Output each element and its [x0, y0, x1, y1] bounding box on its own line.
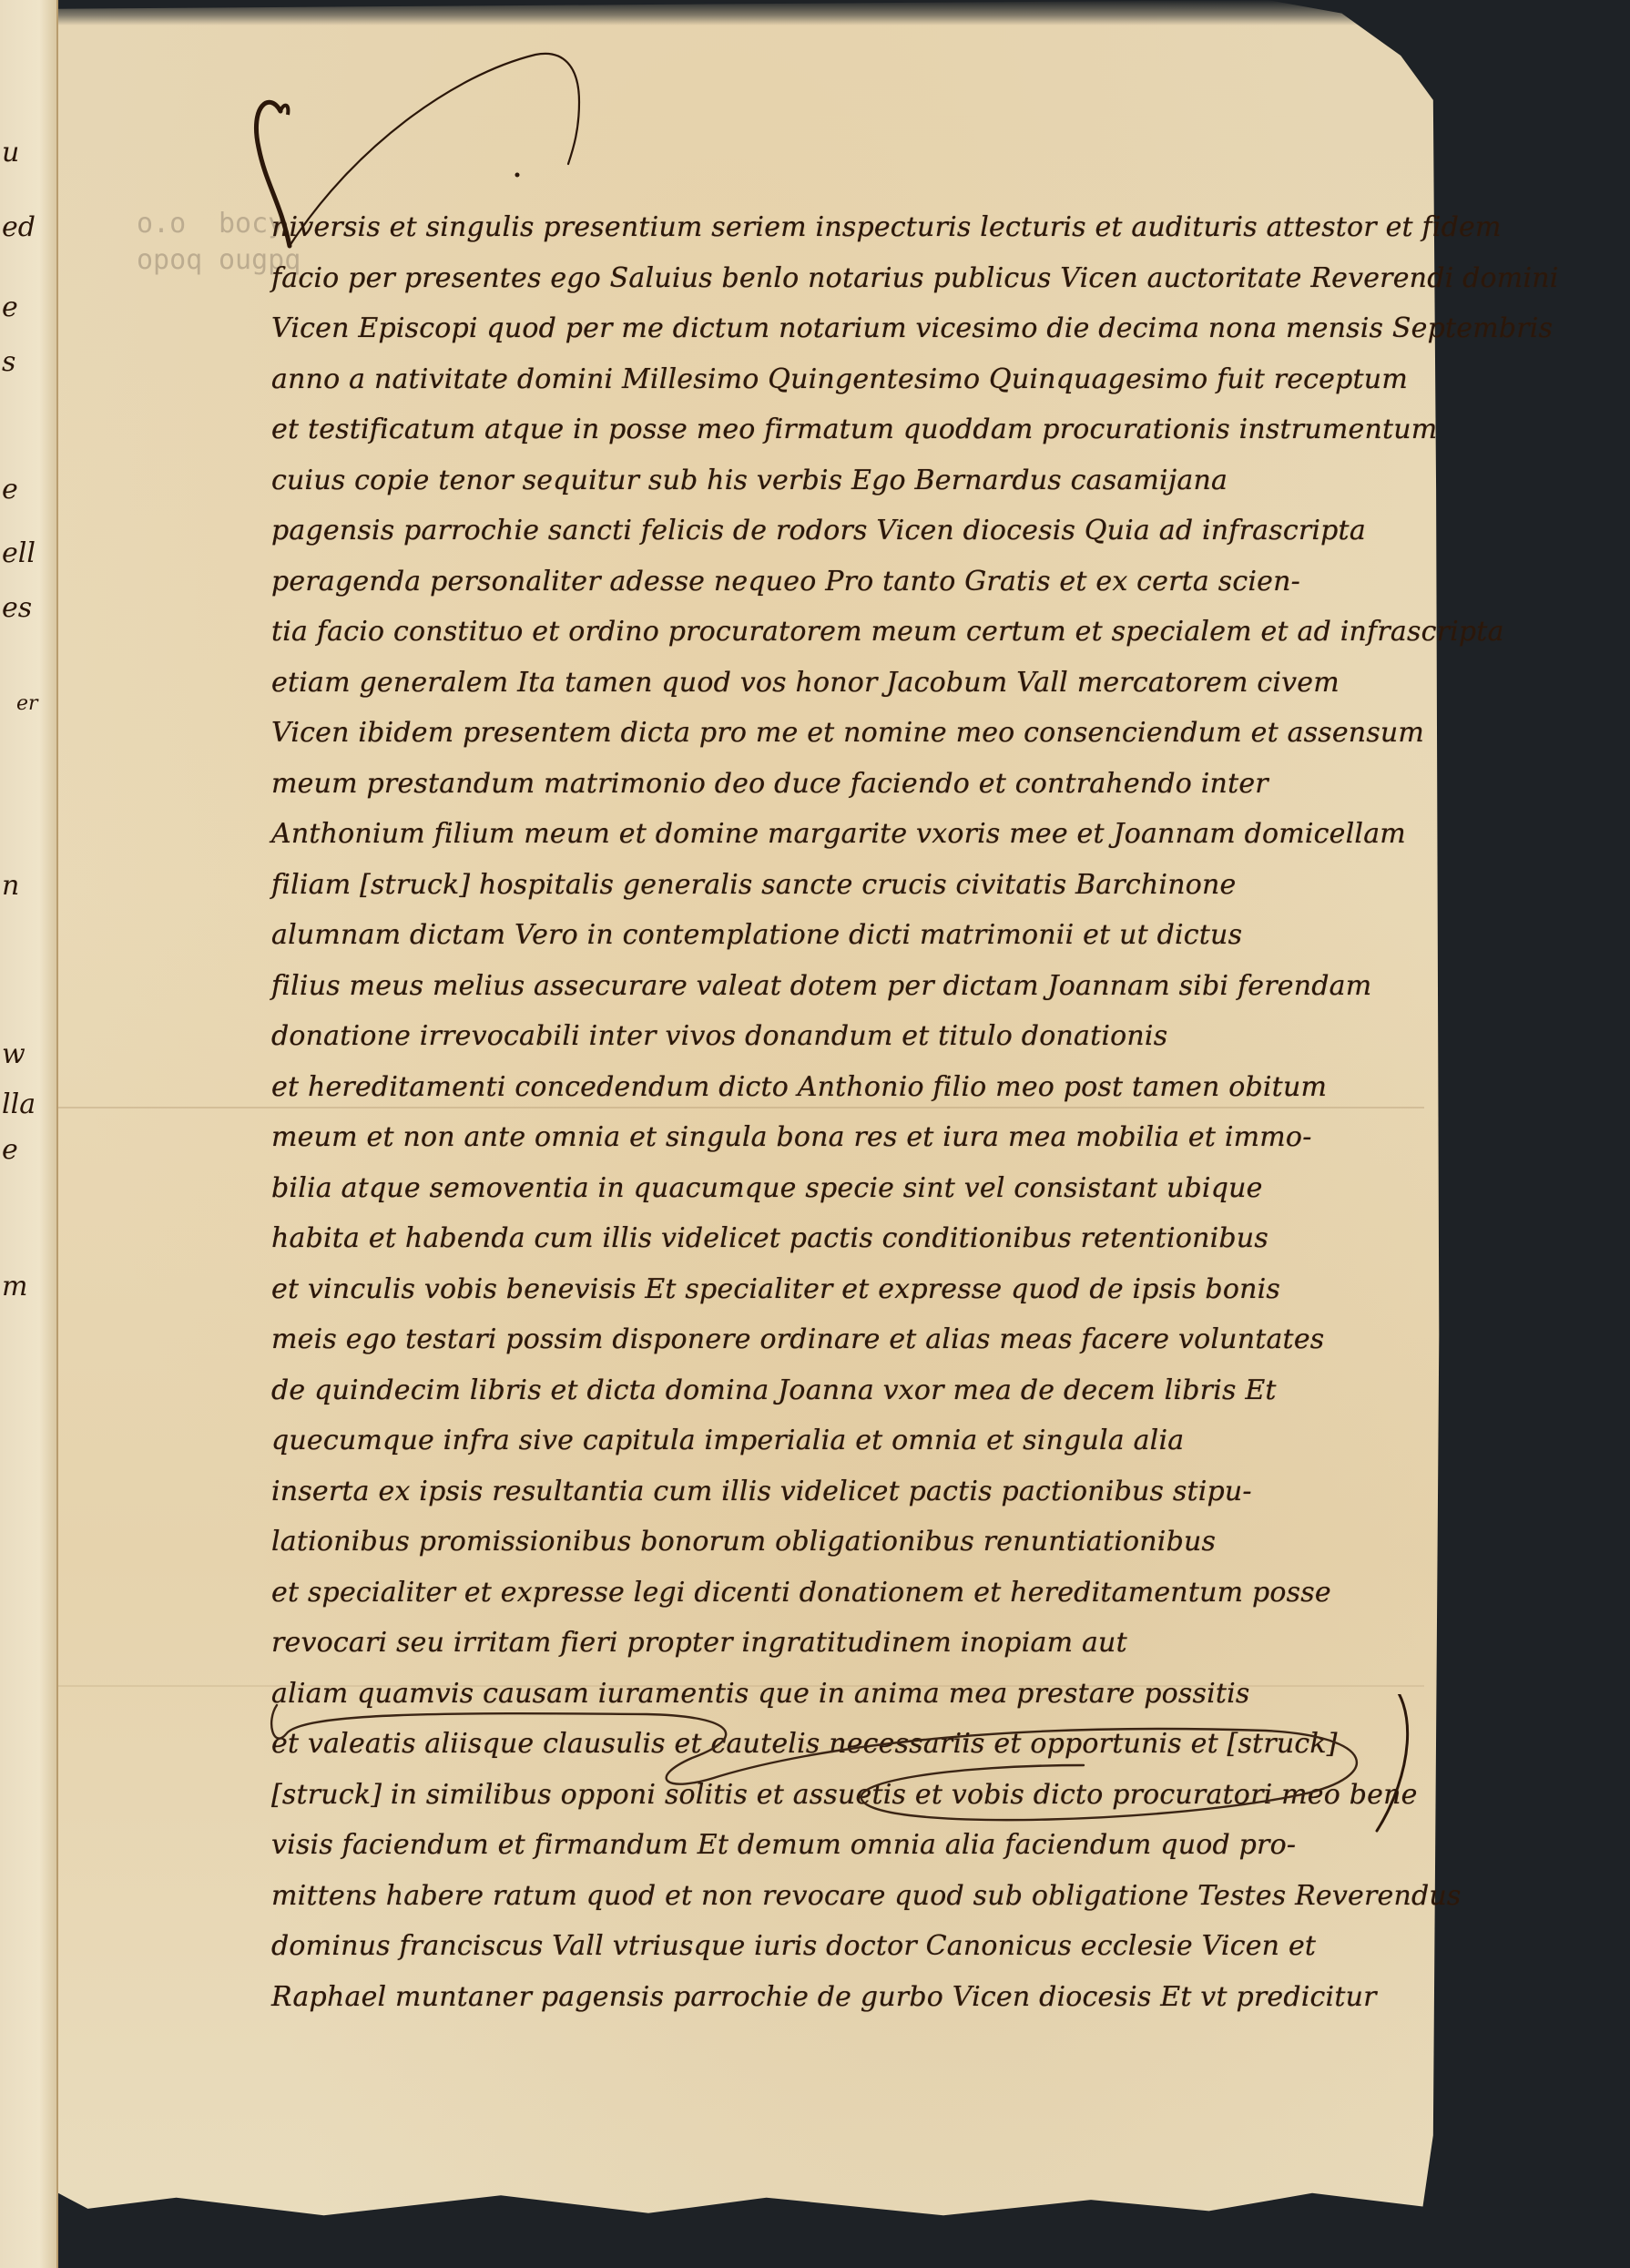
text-line-35: dominus franciscus Vall vtriusque iuris … [271, 1921, 1428, 1972]
text-line-21: habita et habenda cum illis videlicet pa… [271, 1213, 1428, 1264]
adjacent-fragment: ell [2, 537, 36, 569]
text-line-29: revocari seu irritam fieri propter ingra… [271, 1618, 1428, 1669]
text-line-25: quecumque infra sive capitula imperialia… [271, 1415, 1428, 1466]
text-line-22: et vinculis vobis benevisis Et specialit… [271, 1264, 1428, 1315]
text-line-8: peragenda personaliter adesse nequeo Pro… [271, 557, 1428, 608]
page-top-edge-shadow [58, 0, 1424, 26]
text-line-23: meis ego testari possim disponere ordina… [271, 1314, 1428, 1365]
text-line-11: Vicen ibidem presentem dicta pro me et n… [271, 708, 1428, 759]
adjacent-fragment: s [2, 346, 15, 378]
text-line-14: filiam [struck] hospitalis generalis san… [271, 860, 1428, 911]
adjacent-fragment: er [16, 692, 38, 715]
adjacent-fragment: w [2, 1038, 25, 1070]
text-line-36: Raphael muntaner pagensis parrochie de g… [271, 1972, 1428, 2023]
text-line-5: et testificatum atque in posse meo firma… [271, 404, 1428, 455]
adjacent-fragment: u [2, 137, 19, 169]
adjacent-page-strip: u ed e s e ell es er n w lla e m [0, 0, 58, 2268]
manuscript-scan: u ed e s e ell es er n w lla e m o.o boc… [0, 0, 1630, 2268]
adjacent-fragment: e [2, 291, 18, 323]
text-line-13: Anthonium filium meum et domine margarit… [271, 809, 1428, 860]
adjacent-fragment: ed [2, 211, 36, 243]
adjacent-fragment: es [2, 592, 32, 624]
text-line-17: donatione irrevocabili inter vivos donan… [271, 1011, 1428, 1062]
text-line-27: lationibus promissionibus bonorum obliga… [271, 1517, 1428, 1568]
text-line-26: inserta ex ipsis resultantia cum illis v… [271, 1466, 1428, 1517]
text-line-19: meum et non ante omnia et singula bona r… [271, 1112, 1428, 1163]
adjacent-fragment: e [2, 474, 18, 506]
text-line-4: anno a nativitate domini Millesimo Quing… [271, 354, 1428, 405]
text-line-12: meum prestandum matrimonio deo duce faci… [271, 759, 1428, 810]
text-line-3: Vicen Episcopi quod per me dictum notari… [271, 303, 1428, 354]
adjacent-fragment: m [2, 1271, 27, 1303]
text-line-7: pagensis parrochie sancti felicis de rod… [271, 506, 1428, 557]
text-line-20: bilia atque semoventia in quacumque spec… [271, 1163, 1428, 1214]
text-line-24: de quindecim libris et dicta domina Joan… [271, 1365, 1428, 1416]
text-line-2: facio per presentes ego Saluius benlo no… [271, 253, 1428, 304]
text-line-18: et hereditamenti concedendum dicto Antho… [271, 1062, 1428, 1113]
text-line-6: cuius copie tenor sequitur sub his verbi… [271, 455, 1428, 506]
text-line-28: et specialiter et expresse legi dicenti … [271, 1568, 1428, 1619]
text-line-16: filius meus melius assecurare valeat dot… [271, 961, 1428, 1012]
text-line-34: mittens habere ratum quod et non revocar… [271, 1871, 1428, 1922]
bleed-through-mark: o.o [137, 208, 186, 240]
adjacent-fragment: lla [2, 1088, 36, 1120]
closing-flourish-icon [264, 1694, 1448, 1876]
adjacent-fragment: n [2, 870, 19, 902]
adjacent-fragment: e [2, 1134, 18, 1166]
text-line-15: alumnam dictam Vero in contemplatione di… [271, 910, 1428, 961]
text-line-1: niversis et singulis presentium seriem i… [271, 202, 1428, 253]
bleed-through-mark: opoq [137, 244, 202, 276]
text-line-10: etiam generalem Ita tamen quod vos honor… [271, 658, 1428, 709]
text-line-9: tia facio constituo et ordino procurator… [271, 607, 1428, 658]
